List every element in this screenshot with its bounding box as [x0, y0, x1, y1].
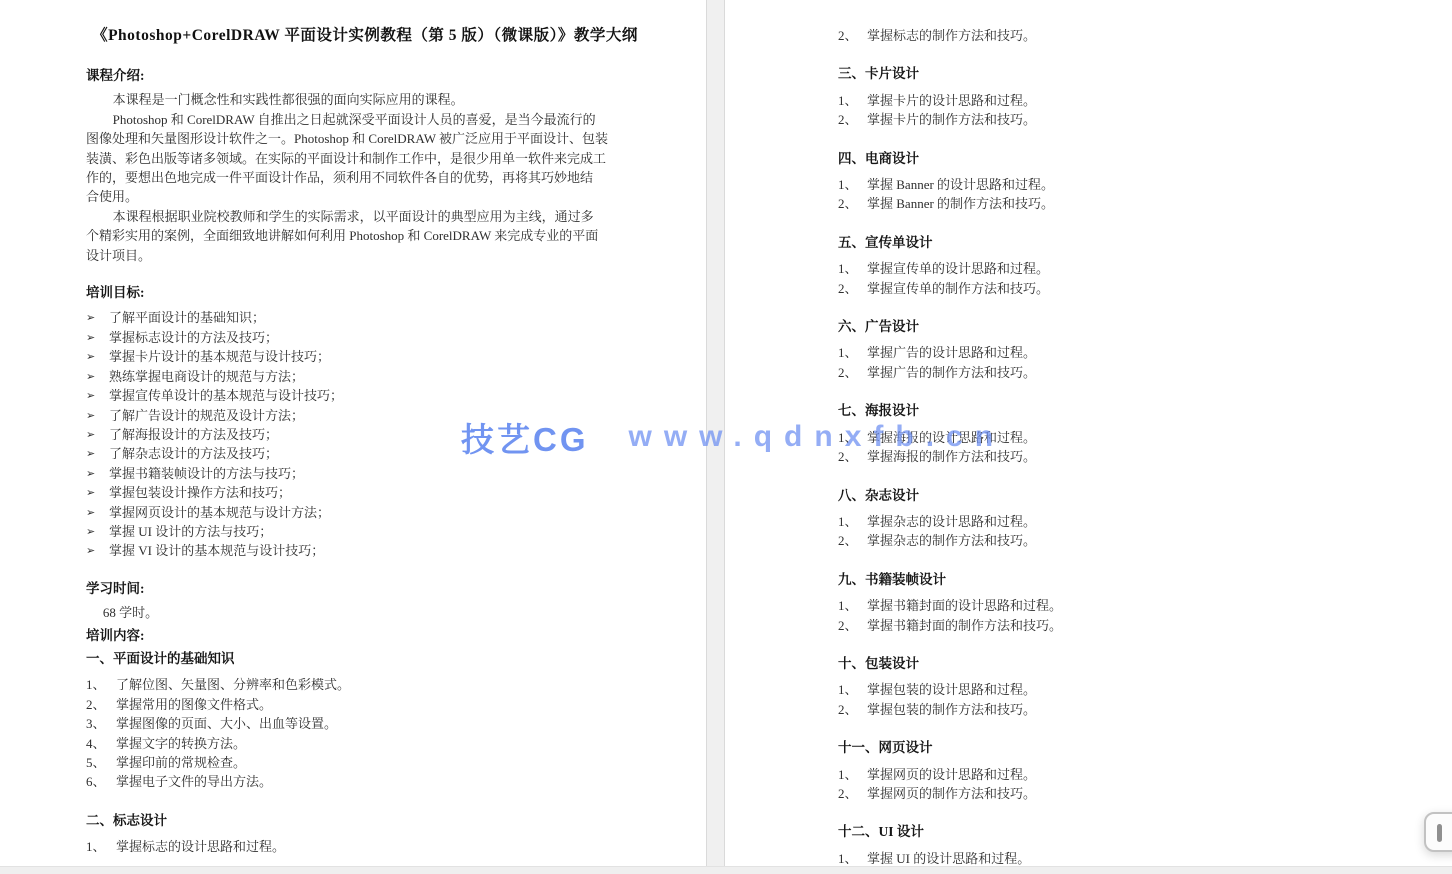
arrow-bullet-icon: ➢: [86, 386, 109, 405]
item-text: 掌握常用的图像文件格式。: [116, 695, 272, 714]
numbered-item: 3、掌握图像的页面、大小、出血等设置。: [86, 714, 644, 733]
section-title: 八、杂志设计: [838, 486, 1412, 505]
goal-text: 了解杂志设计的方法及技巧；: [109, 444, 278, 463]
intro-paragraphs: 本课程是一门概念性和实践性都很强的面向实际应用的课程。Photoshop 和 C…: [86, 90, 644, 265]
document-viewer: 《Photoshop+CorelDRAW 平面设计实例教程（第 5 版）（微课版…: [0, 0, 1452, 874]
goal-text: 了解平面设计的基础知识；: [109, 308, 265, 327]
carryover-items: 2、掌握标志的制作方法和技巧。: [838, 26, 1412, 45]
item-number: 1、: [838, 512, 867, 531]
item-number: 2、: [86, 695, 116, 714]
item-number: 5、: [86, 753, 116, 772]
numbered-item: 2、掌握 Banner 的制作方法和技巧。: [838, 194, 1412, 213]
goal-item: ➢了解广告设计的规范及设计方法；: [86, 406, 644, 425]
goal-text: 了解广告设计的规范及设计方法；: [109, 406, 304, 425]
intro-line: 合使用。: [86, 187, 644, 206]
goal-text: 掌握包装设计操作方法和技巧；: [109, 483, 291, 502]
item-text: 掌握电子文件的导出方法。: [116, 772, 272, 791]
goal-text: 掌握 UI 设计的方法与技巧；: [109, 522, 272, 541]
numbered-item: 1、掌握卡片的设计思路和过程。: [838, 91, 1412, 110]
numbered-item: 2、掌握包装的制作方法和技巧。: [838, 700, 1412, 719]
vertical-bar-icon: [1437, 824, 1442, 842]
item-text: 掌握卡片的制作方法和技巧。: [867, 110, 1036, 129]
page-left: 《Photoshop+CorelDRAW 平面设计实例教程（第 5 版）（微课版…: [0, 0, 706, 866]
numbered-item: 1、掌握杂志的设计思路和过程。: [838, 512, 1412, 531]
section-title: 五、宣传单设计: [838, 233, 1412, 252]
item-text: 掌握宣传单的设计思路和过程。: [867, 259, 1049, 278]
goal-item: ➢掌握宣传单设计的基本规范与设计技巧；: [86, 386, 644, 405]
numbered-item: 2、掌握网页的制作方法和技巧。: [838, 784, 1412, 803]
item-text: 掌握书籍封面的制作方法和技巧。: [867, 616, 1062, 635]
arrow-bullet-icon: ➢: [86, 406, 109, 425]
item-text: 掌握卡片的设计思路和过程。: [867, 91, 1036, 110]
page-right: 2、掌握标志的制作方法和技巧。 三、卡片设计1、掌握卡片的设计思路和过程。2、掌…: [725, 0, 1452, 866]
arrow-bullet-icon: ➢: [86, 308, 109, 327]
goals-heading: 培训目标:: [86, 283, 644, 302]
item-text: 掌握宣传单的制作方法和技巧。: [867, 279, 1049, 298]
goal-text: 掌握宣传单设计的基本规范与设计技巧；: [109, 386, 343, 405]
item-text: 掌握网页的制作方法和技巧。: [867, 784, 1036, 803]
arrow-bullet-icon: ➢: [86, 464, 109, 483]
horizontal-scrollbar[interactable]: [0, 866, 1452, 874]
arrow-bullet-icon: ➢: [86, 328, 109, 347]
item-text: 掌握杂志的制作方法和技巧。: [867, 531, 1036, 550]
numbered-item: 2、掌握宣传单的制作方法和技巧。: [838, 279, 1412, 298]
numbered-item: 1、掌握广告的设计思路和过程。: [838, 343, 1412, 362]
section-title: 三、卡片设计: [838, 64, 1412, 83]
arrow-bullet-icon: ➢: [86, 347, 109, 366]
item-number: 1、: [838, 91, 867, 110]
item-text: 掌握标志的设计思路和过程。: [116, 837, 285, 856]
item-text: 掌握标志的制作方法和技巧。: [867, 26, 1036, 45]
item-number: 2、: [838, 784, 867, 803]
section-title: 九、书籍装帧设计: [838, 570, 1412, 589]
item-text: 掌握图像的页面、大小、出血等设置。: [116, 714, 337, 733]
goal-item: ➢掌握包装设计操作方法和技巧；: [86, 483, 644, 502]
numbered-item: 2、掌握广告的制作方法和技巧。: [838, 363, 1412, 382]
goal-item: ➢掌握书籍装帧设计的方法与技巧；: [86, 464, 644, 483]
intro-line: 本课程是一门概念性和实践性都很强的面向实际应用的课程。: [86, 90, 644, 109]
numbered-item: 2、掌握标志的制作方法和技巧。: [838, 26, 1412, 45]
numbered-item: 1、掌握标志的设计思路和过程。: [86, 837, 644, 856]
item-number: 1、: [838, 175, 867, 194]
numbered-item: 1、掌握海报的设计思路和过程。: [838, 428, 1412, 447]
item-text: 了解位图、矢量图、分辨率和色彩模式。: [116, 675, 350, 694]
numbered-item: 2、掌握卡片的制作方法和技巧。: [838, 110, 1412, 129]
arrow-bullet-icon: ➢: [86, 367, 109, 386]
item-number: 2、: [838, 447, 867, 466]
item-number: 1、: [86, 837, 116, 856]
item-text: 掌握文字的转换方法。: [116, 734, 246, 753]
numbered-item: 1、了解位图、矢量图、分辨率和色彩模式。: [86, 675, 644, 694]
goal-item: ➢了解海报设计的方法及技巧；: [86, 425, 644, 444]
item-number: 1、: [838, 259, 867, 278]
page-gutter: [706, 0, 725, 866]
goal-item: ➢掌握网页设计的基本规范与设计方法；: [86, 503, 644, 522]
section-title: 一、平面设计的基础知识: [86, 649, 644, 668]
goal-text: 熟练掌握电商设计的规范与方法；: [109, 367, 304, 386]
item-text: 掌握海报的制作方法和技巧。: [867, 447, 1036, 466]
numbered-item: 1、掌握包装的设计思路和过程。: [838, 680, 1412, 699]
item-number: 3、: [86, 714, 116, 733]
intro-heading: 课程介绍:: [86, 66, 644, 85]
goal-text: 掌握标志设计的方法及技巧；: [109, 328, 278, 347]
section-title: 六、广告设计: [838, 317, 1412, 336]
numbered-item: 2、掌握海报的制作方法和技巧。: [838, 447, 1412, 466]
right-sections: 三、卡片设计1、掌握卡片的设计思路和过程。2、掌握卡片的制作方法和技巧。四、电商…: [838, 64, 1412, 868]
item-text: 掌握网页的设计思路和过程。: [867, 765, 1036, 784]
item-number: 4、: [86, 734, 116, 753]
item-number: 2、: [838, 531, 867, 550]
goal-text: 掌握卡片设计的基本规范与设计技巧；: [109, 347, 330, 366]
document-title: 《Photoshop+CorelDRAW 平面设计实例教程（第 5 版）（微课版…: [86, 26, 644, 46]
section-title: 十一、网页设计: [838, 738, 1412, 757]
item-number: 2、: [838, 110, 867, 129]
item-number: 1、: [838, 765, 867, 784]
goal-text: 掌握 VI 设计的基本规范与设计技巧；: [109, 541, 324, 560]
intro-line: Photoshop 和 CorelDRAW 自推出之日起就深受平面设计人员的喜爱…: [86, 110, 644, 129]
goal-text: 了解海报设计的方法及技巧；: [109, 425, 278, 444]
numbered-item: 1、掌握 Banner 的设计思路和过程。: [838, 175, 1412, 194]
arrow-bullet-icon: ➢: [86, 483, 109, 502]
item-number: 2、: [838, 616, 867, 635]
intro-line: 设计项目。: [86, 246, 644, 265]
intro-line: 作的，要想出色地完成一件平面设计作品，须利用不同软件各自的优势，再将其巧妙地结: [86, 168, 644, 187]
item-text: 掌握广告的设计思路和过程。: [867, 343, 1036, 362]
goal-item: ➢掌握 UI 设计的方法与技巧；: [86, 522, 644, 541]
time-heading: 学习时间:: [86, 579, 644, 598]
section-title: 七、海报设计: [838, 401, 1412, 420]
arrow-bullet-icon: ➢: [86, 444, 109, 463]
intro-line: 图像处理和矢量图形设计软件之一。Photoshop 和 CorelDRAW 被广…: [86, 129, 644, 148]
goal-item: ➢了解平面设计的基础知识；: [86, 308, 644, 327]
item-text: 掌握海报的设计思路和过程。: [867, 428, 1036, 447]
numbered-item: 1、掌握宣传单的设计思路和过程。: [838, 259, 1412, 278]
item-number: 1、: [838, 596, 867, 615]
item-number: 1、: [838, 428, 867, 447]
item-text: 掌握印前的常规检查。: [116, 753, 246, 772]
item-number: 2、: [838, 363, 867, 382]
goal-item: ➢掌握 VI 设计的基本规范与设计技巧；: [86, 541, 644, 560]
numbered-item: 2、掌握杂志的制作方法和技巧。: [838, 531, 1412, 550]
numbered-item: 1、掌握书籍封面的设计思路和过程。: [838, 596, 1412, 615]
item-number: 2、: [838, 700, 867, 719]
section-title: 二、标志设计: [86, 811, 644, 830]
goal-item: ➢了解杂志设计的方法及技巧；: [86, 444, 644, 463]
item-text: 掌握包装的设计思路和过程。: [867, 680, 1036, 699]
item-text: 掌握广告的制作方法和技巧。: [867, 363, 1036, 382]
goals-list: ➢了解平面设计的基础知识；➢掌握标志设计的方法及技巧；➢掌握卡片设计的基本规范与…: [86, 308, 644, 560]
item-number: 1、: [86, 675, 116, 694]
item-number: 2、: [838, 194, 867, 213]
item-number: 2、: [838, 26, 867, 45]
section-title: 十二、UI 设计: [838, 822, 1412, 841]
content-heading: 培训内容:: [86, 626, 644, 645]
item-text: 掌握书籍封面的设计思路和过程。: [867, 596, 1062, 615]
goal-item: ➢熟练掌握电商设计的规范与方法；: [86, 367, 644, 386]
numbered-item: 4、掌握文字的转换方法。: [86, 734, 644, 753]
arrow-bullet-icon: ➢: [86, 522, 109, 541]
numbered-item: 2、掌握常用的图像文件格式。: [86, 695, 644, 714]
item-number: 1、: [838, 343, 867, 362]
time-value: 68 学时。: [86, 603, 644, 622]
arrow-bullet-icon: ➢: [86, 425, 109, 444]
item-text: 掌握 Banner 的设计思路和过程。: [867, 175, 1054, 194]
item-text: 掌握杂志的设计思路和过程。: [867, 512, 1036, 531]
left-sections: 一、平面设计的基础知识1、了解位图、矢量图、分辨率和色彩模式。2、掌握常用的图像…: [86, 649, 644, 857]
item-number: 1、: [838, 680, 867, 699]
numbered-item: 6、掌握电子文件的导出方法。: [86, 772, 644, 791]
item-number: 2、: [838, 279, 867, 298]
arrow-bullet-icon: ➢: [86, 541, 109, 560]
numbered-item: 2、掌握书籍封面的制作方法和技巧。: [838, 616, 1412, 635]
intro-line: 个精彩实用的案例，全面细致地讲解如何利用 Photoshop 和 CorelDR…: [86, 226, 644, 245]
arrow-bullet-icon: ➢: [86, 503, 109, 522]
section-title: 四、电商设计: [838, 149, 1412, 168]
intro-line: 本课程根据职业院校教师和学生的实际需求，以平面设计的典型应用为主线，通过多: [86, 207, 644, 226]
goal-item: ➢掌握卡片设计的基本规范与设计技巧；: [86, 347, 644, 366]
goal-item: ➢掌握标志设计的方法及技巧；: [86, 328, 644, 347]
side-panel-handle-button[interactable]: [1424, 812, 1452, 852]
goal-text: 掌握网页设计的基本规范与设计方法；: [109, 503, 330, 522]
item-text: 掌握包装的制作方法和技巧。: [867, 700, 1036, 719]
numbered-item: 5、掌握印前的常规检查。: [86, 753, 644, 772]
intro-line: 装潢、彩色出版等诸多领域。在实际的平面设计和制作工作中，是很少用单一软件来完成工: [86, 149, 644, 168]
section-title: 十、包装设计: [838, 654, 1412, 673]
numbered-item: 1、掌握网页的设计思路和过程。: [838, 765, 1412, 784]
item-text: 掌握 Banner 的制作方法和技巧。: [867, 194, 1054, 213]
item-number: 6、: [86, 772, 116, 791]
goal-text: 掌握书籍装帧设计的方法与技巧；: [109, 464, 304, 483]
